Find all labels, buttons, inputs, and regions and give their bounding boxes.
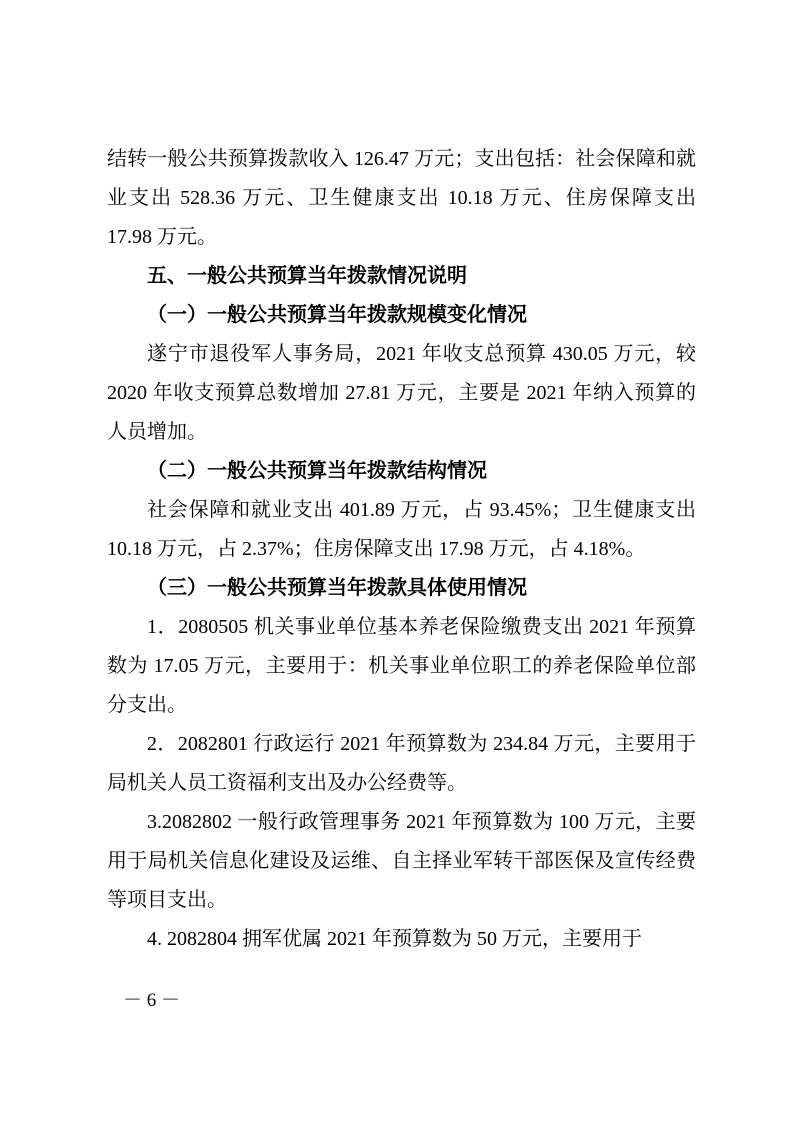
section-heading-5: 五、一般公共预算当年拨款情况说明 (107, 257, 696, 296)
paragraph-item-3: 3.2082802 一般行政管理事务 2021 年预算数为 100 万元，主要用… (107, 803, 696, 920)
document-page: 结转一般公共预算拨款收入 126.47 万元；支出包括：社会保障和就业支出 52… (0, 0, 793, 1122)
subsection-heading-2: （二）一般公共预算当年拨款结构情况 (107, 452, 696, 491)
subsection-heading-3: （三）一般公共预算当年拨款具体使用情况 (107, 569, 696, 608)
paragraph-structure: 社会保障和就业支出 401.89 万元，占 93.45%；卫生健康支出 10.1… (107, 491, 696, 569)
paragraph-item-1: 1．2080505 机关事业单位基本养老保险缴费支出 2021 年预算数为 17… (107, 608, 696, 725)
page-number: － 6 － (123, 990, 180, 1012)
subsection-heading-1: （一）一般公共预算当年拨款规模变化情况 (107, 296, 696, 335)
paragraph-scale-change: 遂宁市退役军人事务局，2021 年收支总预算 430.05 万元，较 2020 … (107, 335, 696, 452)
paragraph-item-4: 4. 2082804 拥军优属 2021 年预算数为 50 万元，主要用于 (107, 920, 696, 959)
document-body: 结转一般公共预算拨款收入 126.47 万元；支出包括：社会保障和就业支出 52… (107, 140, 696, 959)
paragraph-carryover: 结转一般公共预算拨款收入 126.47 万元；支出包括：社会保障和就业支出 52… (107, 140, 696, 257)
paragraph-item-2: 2．2082801 行政运行 2021 年预算数为 234.84 万元，主要用于… (107, 725, 696, 803)
